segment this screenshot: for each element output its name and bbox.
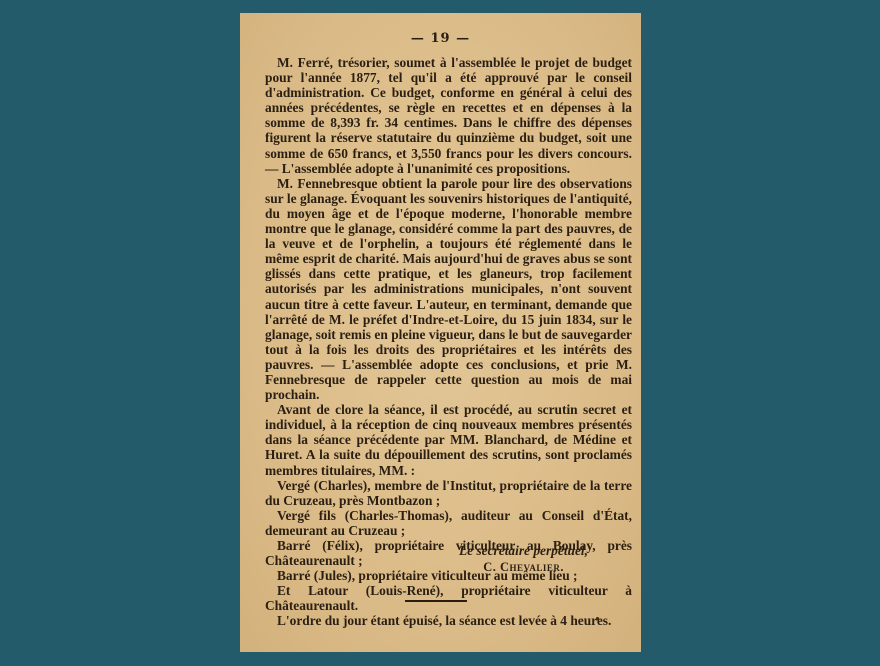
- member-entry: Et Latour (Louis-René), propriétaire vit…: [265, 583, 632, 613]
- paragraph-glanage: M. Fennebresque obtient la parole pour l…: [265, 176, 632, 402]
- member-entry: Vergé fils (Charles-Thomas), auditeur au…: [265, 508, 632, 538]
- end-rule-divider: [405, 600, 467, 602]
- signature-name: C. Chevalier.: [240, 560, 564, 575]
- paragraph-closing: L'ordre du jour étant épuisé, la séance …: [265, 613, 632, 628]
- paper-speck: [596, 617, 599, 620]
- paragraph-scrutin: Avant de clore la séance, il est procédé…: [265, 402, 632, 477]
- member-entry: Vergé (Charles), membre de l'Institut, p…: [265, 478, 632, 508]
- document-page: — 19 — M. Ferré, trésorier, soumet à l'a…: [240, 13, 641, 652]
- signature-title: Le secrétaire perpétuel,: [240, 543, 588, 559]
- paragraph-budget: M. Ferré, trésorier, soumet à l'assemblé…: [265, 55, 632, 176]
- page-number: — 19 —: [240, 31, 641, 46]
